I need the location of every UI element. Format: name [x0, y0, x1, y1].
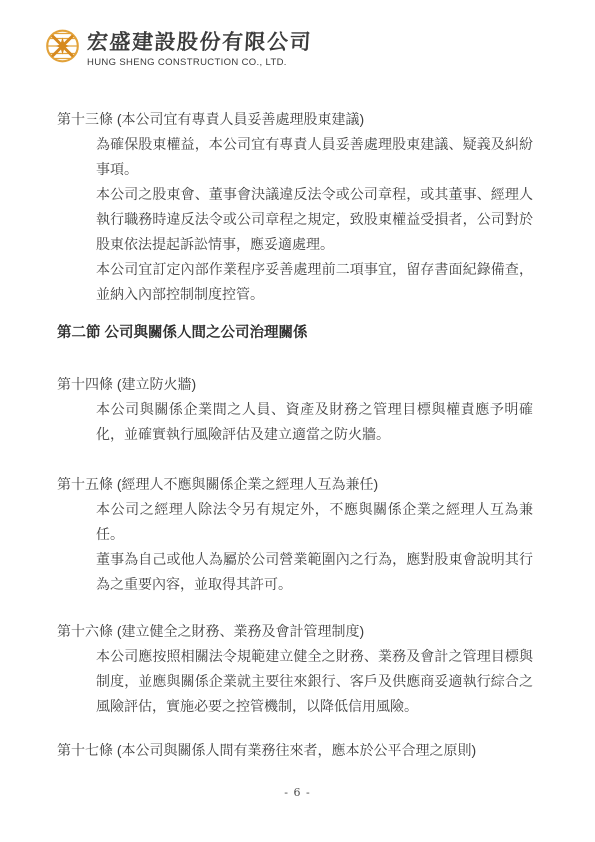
article-15-paragraph-1: 本公司之經理人除法令另有規定外，不應與關係企業之經理人互為兼任。: [96, 497, 533, 547]
article-13-heading: 第十三條 (本公司宜有專責人員妥善處理股東建議): [57, 107, 533, 132]
document-page: 宏盛建設股份有限公司 HUNG SHENG CONSTRUCTION CO., …: [0, 0, 595, 842]
section-2-heading: 第二節 公司與關係人間之公司治理關係: [57, 321, 533, 346]
company-logo-icon: [45, 24, 81, 68]
article-15-heading: 第十五條 (經理人不應與關係企業之經理人互為兼任): [57, 472, 533, 497]
article-14-heading: 第十四條 (建立防火牆): [57, 372, 533, 397]
article-14-paragraph-1: 本公司與關係企業間之人員、資產及財務之管理目標與權責應予明確化，並確實執行風險評…: [96, 397, 533, 447]
article-15: 第十五條 (經理人不應與關係企業之經理人互為兼任) 本公司之經理人除法令另有規定…: [57, 472, 533, 597]
page-number: - 6 -: [0, 786, 595, 799]
article-14: 第十四條 (建立防火牆) 本公司與關係企業間之人員、資產及財務之管理目標與權責應…: [57, 372, 533, 447]
article-13-paragraph-3: 本公司宜訂定內部作業程序妥善處理前二項事宜，留存書面紀錄備查，並納入內部控制制度…: [96, 257, 533, 307]
article-17-heading: 第十七條 (本公司與關係人間有業務往來者，應本於公平合理之原則): [57, 738, 533, 763]
article-15-paragraph-2: 董事為自己或他人為屬於公司營業範圍內之行為，應對股東會說明其行為之重要內容，並取…: [96, 547, 533, 597]
article-13-paragraph-1: 為確保股東權益，本公司宜有專責人員妥善處理股東建議、疑義及糾紛事項。: [96, 132, 533, 182]
article-13-paragraph-2: 本公司之股東會、董事會決議違反法令或公司章程，或其董事、經理人執行職務時違反法令…: [96, 182, 533, 257]
company-brand-block: 宏盛建設股份有限公司 HUNG SHENG CONSTRUCTION CO., …: [87, 24, 312, 68]
article-16-heading: 第十六條 (建立健全之財務、業務及會計管理制度): [57, 619, 533, 644]
company-name-zh: 宏盛建設股份有限公司: [86, 30, 312, 54]
article-17: 第十七條 (本公司與關係人間有業務往來者，應本於公平合理之原則): [57, 738, 533, 763]
company-name-en: HUNG SHENG CONSTRUCTION CO., LTD.: [87, 57, 312, 68]
article-16: 第十六條 (建立健全之財務、業務及會計管理制度) 本公司應按照相關法令規範建立健…: [57, 619, 533, 719]
document-body: 第十三條 (本公司宜有專責人員妥善處理股東建議) 為確保股東權益，本公司宜有專責…: [57, 107, 533, 763]
company-letterhead: 宏盛建設股份有限公司 HUNG SHENG CONSTRUCTION CO., …: [45, 24, 312, 68]
article-16-paragraph-1: 本公司應按照相關法令規範建立健全之財務、業務及會計之管理目標與制度，並應與關係企…: [96, 644, 533, 719]
article-13: 第十三條 (本公司宜有專責人員妥善處理股東建議) 為確保股東權益，本公司宜有專責…: [57, 107, 533, 307]
